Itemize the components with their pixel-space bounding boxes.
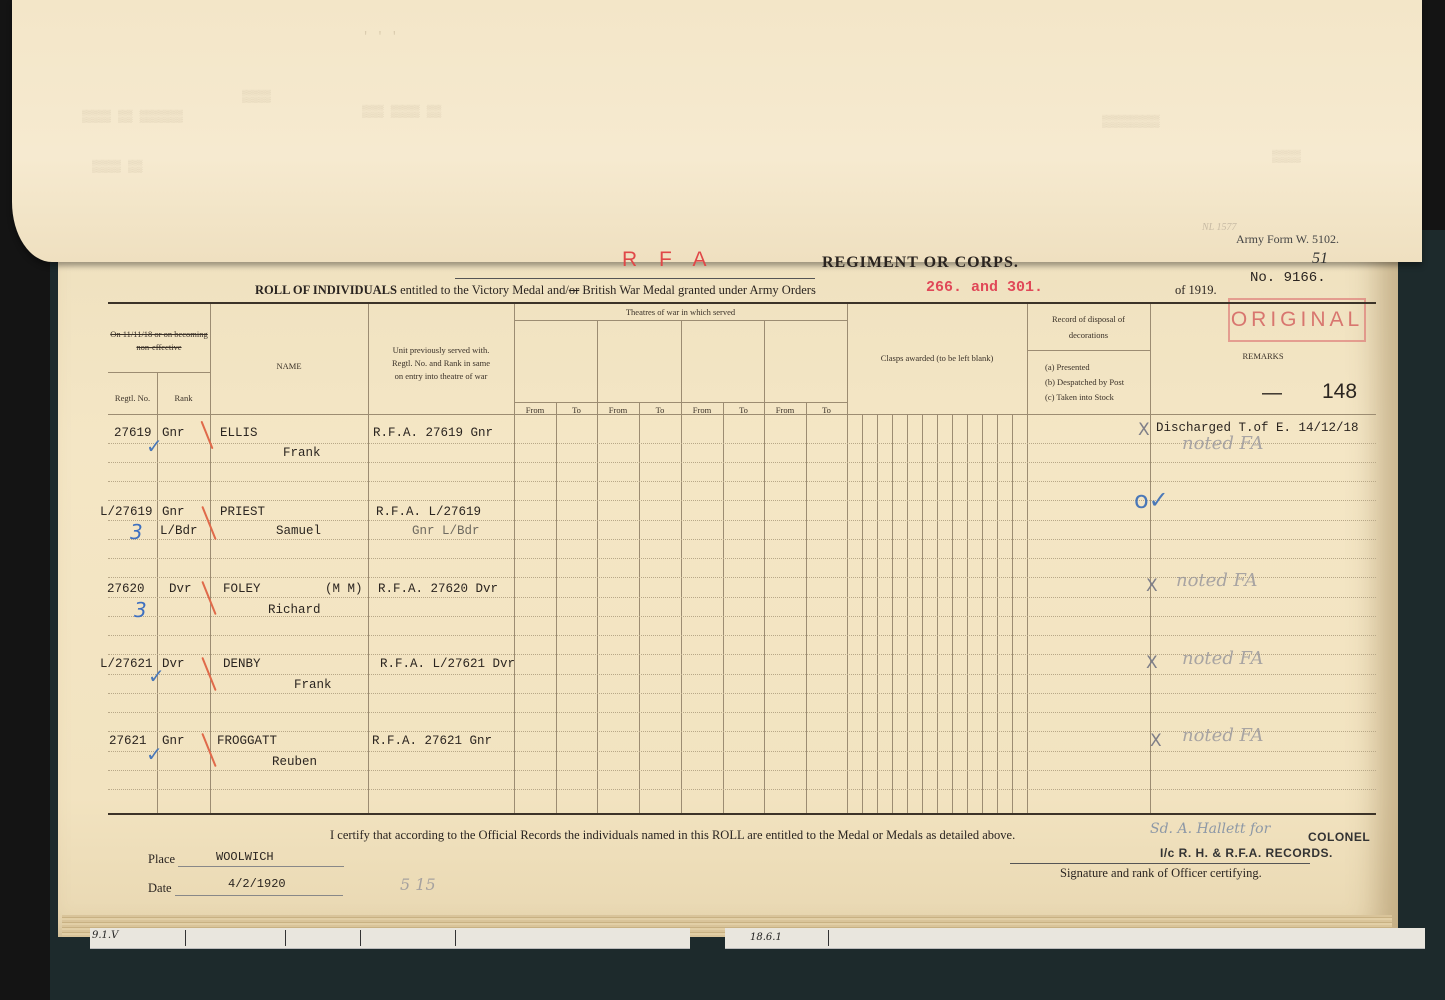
honours: (M M) [325, 582, 363, 596]
ruling [108, 520, 1376, 521]
ghost-text: ▒▒▒▒▒▒▒▒ [1102, 115, 1160, 129]
tab-divider [455, 930, 456, 946]
ruling [108, 693, 1376, 694]
clasp-col-line [877, 414, 878, 813]
roll-title-mid: entitled to the Victory Medal and/ [397, 283, 569, 297]
ruling [108, 789, 1376, 790]
unit-served: R.F.A. L/27619 [376, 505, 481, 519]
ghost-text: ▒▒▒ ▒▒▒▒ ▒▒ [362, 105, 441, 119]
rank: Gnr [162, 426, 185, 440]
regiment-underline [455, 278, 815, 279]
surname: FOLEY [223, 582, 261, 596]
roll-title-struck: or [569, 283, 579, 297]
pencil-note: 5 15 [400, 875, 436, 894]
index-tabs: 9.1.V 18.6.1 [70, 928, 1400, 950]
date-line [175, 895, 343, 896]
army-form-id: Army Form W. 5102. [1236, 232, 1339, 247]
header-from: From [597, 404, 639, 417]
disposal-mark: o✓ [1134, 486, 1169, 514]
ruling [108, 539, 1376, 540]
rank-promoted: L/Bdr [160, 524, 198, 538]
disposal-mark: X [1138, 420, 1150, 440]
rank: Gnr [162, 505, 185, 519]
header-rank: Rank [157, 392, 210, 405]
header-unit-line: Unit previously served with. [368, 344, 514, 357]
rank: Dvr [169, 582, 192, 596]
clasp-col-line [922, 414, 923, 813]
unit-served: R.F.A. 27620 Dvr [378, 582, 498, 596]
ruling [108, 481, 1376, 482]
table-bottom-rule [108, 813, 1376, 815]
tab-note: 9.1.V [92, 930, 118, 941]
pencil-note: noted FA [1182, 433, 1263, 454]
col-line [764, 320, 765, 813]
signature-line [1010, 863, 1310, 864]
orders-year: of 1919. [1175, 283, 1217, 298]
header-line [1027, 350, 1150, 351]
roll-title-suffix: British War Medal granted under Army Ord… [579, 283, 816, 297]
folded-page: ▒▒▒▒ ▒▒ ▒▒▒▒▒▒ ' ' ' ▒▒▒▒ ▒▒▒ ▒▒▒▒ ▒▒ ▒▒… [12, 0, 1422, 262]
index-tab-strip [725, 928, 1425, 949]
clasp-col-line [892, 414, 893, 813]
header-to: To [806, 404, 847, 417]
disposal-option: (c) Taken into Stock [1045, 390, 1150, 405]
date-value: 4/2/1920 [228, 877, 286, 891]
ruling [108, 712, 1376, 713]
ruling [108, 462, 1376, 463]
header-disposal-line: decorations [1027, 329, 1150, 342]
regiment-label: REGIMENT OR CORPS. [822, 254, 1019, 272]
roll-title: ROLL OF INDIVIDUALS entitled to the Vict… [255, 283, 816, 298]
place-value: WOOLWICH [216, 850, 274, 864]
signature-caption: Signature and rank of Officer certifying… [1060, 866, 1262, 881]
rank: Gnr [162, 734, 185, 748]
tab-divider [285, 930, 286, 946]
ruling [108, 770, 1376, 771]
ruling [108, 597, 1376, 598]
forename: Richard [268, 603, 321, 617]
ruling [108, 674, 1376, 675]
unit-served: R.F.A. 27621 Gnr [372, 734, 492, 748]
header-name: NAME [210, 360, 368, 373]
ruling [108, 558, 1376, 559]
header-to: To [723, 404, 764, 417]
header-to: To [639, 404, 681, 417]
ghost-text: ▒▒▒▒ ▒▒ [92, 160, 142, 174]
header-regtl-no: Regtl. No. [108, 392, 157, 405]
index-tab-strip [90, 928, 690, 949]
surname: ELLIS [220, 426, 258, 440]
header-theatres: Theatres of war in which served [514, 306, 847, 319]
roll-number: No. 9166. [1250, 270, 1326, 286]
forename: Frank [283, 446, 321, 460]
clasp-col-line [982, 414, 983, 813]
check-mark: ✓ [146, 742, 163, 766]
surname: DENBY [223, 657, 261, 671]
rank: Dvr [162, 657, 185, 671]
place-line [178, 866, 344, 867]
disposal-mark: X [1146, 653, 1158, 673]
pencil-note: noted FA [1182, 648, 1263, 669]
pencil-note: noted FA [1182, 725, 1263, 746]
clasp-col-line [862, 414, 863, 813]
unit-served: R.F.A. 27619 Gnr [373, 426, 493, 440]
header-disposal-line: Record of disposal of [1027, 313, 1150, 326]
disposal-mark: X [1146, 576, 1158, 596]
header-disposal-options: (a) Presented (b) Despatched by Post (c)… [1045, 360, 1150, 405]
tab-divider [360, 930, 361, 946]
unit-served-amended: Gnr L/Bdr [412, 524, 480, 538]
disposal-option: (a) Presented [1045, 360, 1150, 375]
page-total: 148 [1322, 380, 1357, 404]
header-from: From [514, 404, 556, 417]
col-line [681, 320, 682, 813]
original-stamp: ORIGINAL [1228, 298, 1366, 342]
header-from: From [764, 404, 806, 417]
clasp-col-line [907, 414, 908, 813]
tab-divider [828, 930, 829, 946]
ghost-text: ▒▒▒▒ ▒▒ ▒▒▒▒▒▒ [82, 110, 183, 124]
ghost-text: NL 1577 [1202, 222, 1237, 233]
annotation-number: 3 [130, 520, 143, 544]
header-line [514, 320, 847, 321]
header-unit-line: Regtl. No. and Rank in same [368, 357, 514, 370]
disposal-option: (b) Despatched by Post [1045, 375, 1150, 390]
clasp-col-line [1012, 414, 1013, 813]
regiment-value: R F A [622, 248, 715, 272]
date-label: Date [148, 881, 172, 896]
header-from: From [681, 404, 723, 417]
check-mark: ✓ [146, 434, 163, 458]
certification-text: I certify that according to the Official… [330, 828, 1015, 843]
surname: PRIEST [220, 505, 265, 519]
regtl-no: L/27619 [100, 505, 153, 519]
disposal-mark: X [1150, 731, 1162, 751]
header-remarks: REMARKS [1150, 350, 1376, 363]
ghost-text: ' ' ' [362, 30, 398, 44]
regtl-no: 27620 [107, 582, 145, 596]
clasp-col-line [952, 414, 953, 813]
officer-unit: I/c R. H. & R.F.A. RECORDS. [1160, 846, 1333, 860]
header-unit: Unit previously served with. Regtl. No. … [368, 344, 514, 383]
officer-rank: COLONEL [1308, 830, 1370, 844]
regtl-no: L/27621 [100, 657, 153, 671]
unit-served: R.F.A. L/27621 Dvr [380, 657, 515, 671]
header-line [108, 372, 210, 373]
table-top-rule [108, 302, 1376, 304]
clasp-col-line [937, 414, 938, 813]
regtl-no: 27621 [109, 734, 147, 748]
header-to: To [556, 404, 597, 417]
annotation-number: 3 [134, 598, 147, 622]
clasp-col-line [967, 414, 968, 813]
ruling [108, 751, 1376, 752]
header-status-struck: On 11/11/18 or on becoming non-effective [108, 328, 210, 354]
header-line [514, 402, 847, 403]
roll-title-prefix: ROLL OF INDIVIDUALS [255, 283, 397, 297]
page-total-dash: — [1262, 382, 1282, 405]
header-clasps: Clasps awarded (to be left blank) [847, 352, 1027, 365]
ghost-text: ▒▒▒▒ [1272, 150, 1301, 164]
forename: Frank [294, 678, 332, 692]
header-disposal: Record of disposal of decorations [1027, 313, 1150, 342]
clasp-col-line [997, 414, 998, 813]
surname: FROGGATT [217, 734, 277, 748]
army-orders: 266. and 301. [926, 279, 1043, 296]
forename: Reuben [272, 755, 317, 769]
tab-note: 18.6.1 [750, 932, 782, 943]
pencil-note: noted FA [1176, 570, 1257, 591]
forename: Samuel [276, 524, 321, 538]
header-unit-line: on entry into theatre of war [368, 370, 514, 383]
ruling [108, 635, 1376, 636]
ruling [108, 500, 1376, 501]
col-line [597, 320, 598, 813]
place-label: Place [148, 852, 175, 867]
tab-divider [185, 930, 186, 946]
page-number: 51 [1312, 250, 1328, 268]
officer-signature: Sd. A. Hallett for [1150, 821, 1270, 837]
ghost-text: ▒▒▒▒ [242, 90, 271, 104]
